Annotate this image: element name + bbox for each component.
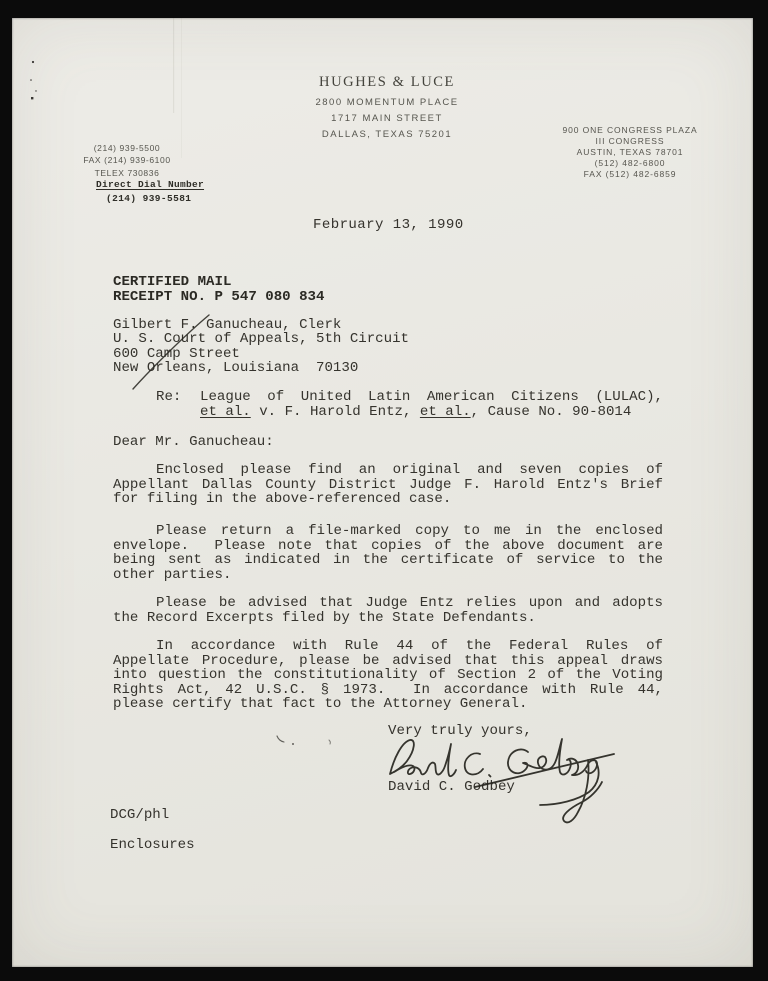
- dallas-phone-block: (214) 939-5500FAX (214) 939-6100TELEX 73…: [62, 142, 192, 179]
- signature-stroke: [489, 775, 491, 777]
- re-label: Re:: [156, 390, 200, 419]
- letter-date: February 13, 1990: [313, 218, 464, 233]
- signature-stroke: [394, 744, 456, 776]
- letterhead: HUGHES & LUCE 2800 MOMENTUM PLACE1717 MA…: [187, 73, 587, 143]
- et-al-2: et al.: [420, 404, 471, 420]
- re-versus: v. F. Harold Entz,: [251, 404, 420, 420]
- signature-flourish: [563, 760, 602, 822]
- paper-crease: [181, 18, 182, 158]
- paper-crease: [173, 18, 174, 113]
- re-cause-number: , Cause No. 90-8014: [471, 404, 632, 420]
- body-paragraph-1: Enclosed please find an original and sev…: [113, 463, 663, 507]
- re-case-name: League of United Latin American Citizens…: [200, 390, 663, 405]
- recipient-address: Gilbert F. Ganucheau, ClerkU. S. Court o…: [113, 318, 409, 375]
- body-paragraph-2: Please return a file-marked copy to me i…: [113, 524, 663, 582]
- certified-mail-block: CERTIFIED MAILRECEIPT NO. P 547 080 834: [113, 275, 324, 304]
- re-case-parties: et al. v. F. Harold Entz, et al., Cause …: [200, 405, 663, 420]
- letter-page: HUGHES & LUCE 2800 MOMENTUM PLACE1717 MA…: [12, 18, 753, 967]
- complimentary-close: Very truly yours,: [388, 724, 532, 739]
- re-content: League of United Latin American Citizens…: [200, 390, 663, 419]
- scan-specks: [30, 61, 36, 100]
- firm-name: HUGHES & LUCE: [187, 73, 587, 91]
- firm-address: 2800 MOMENTUM PLACE1717 MAIN STREETDALLA…: [187, 95, 587, 143]
- typed-signature-name: David C. Godbey: [388, 780, 515, 795]
- direct-dial-number: (214) 939-5581: [106, 192, 191, 207]
- et-al-1: et al.: [200, 404, 251, 420]
- signature-stroke: [390, 740, 414, 774]
- austin-office-block: 900 ONE CONGRESS PLAZAIII CONGRESSAUSTIN…: [530, 125, 730, 180]
- direct-dial-label: Direct Dial Number: [96, 178, 204, 193]
- body-paragraph-3: Please be advised that Judge Entz relies…: [113, 596, 663, 625]
- signature-stroke: [465, 753, 483, 774]
- body-paragraph-4: In accordance with Rule 44 of the Federa…: [113, 639, 663, 712]
- typist-initials: DCG/phl: [110, 808, 169, 823]
- signature-stroke: [540, 762, 599, 805]
- re-line: Re: League of United Latin American Citi…: [156, 390, 663, 419]
- enclosures-note: Enclosures: [110, 838, 195, 853]
- salutation: Dear Mr. Ganucheau:: [113, 435, 274, 450]
- signature-stroke: [508, 739, 597, 775]
- scan-background: HUGHES & LUCE 2800 MOMENTUM PLACE1717 MA…: [0, 0, 768, 981]
- stray-pen-marks: [277, 736, 330, 745]
